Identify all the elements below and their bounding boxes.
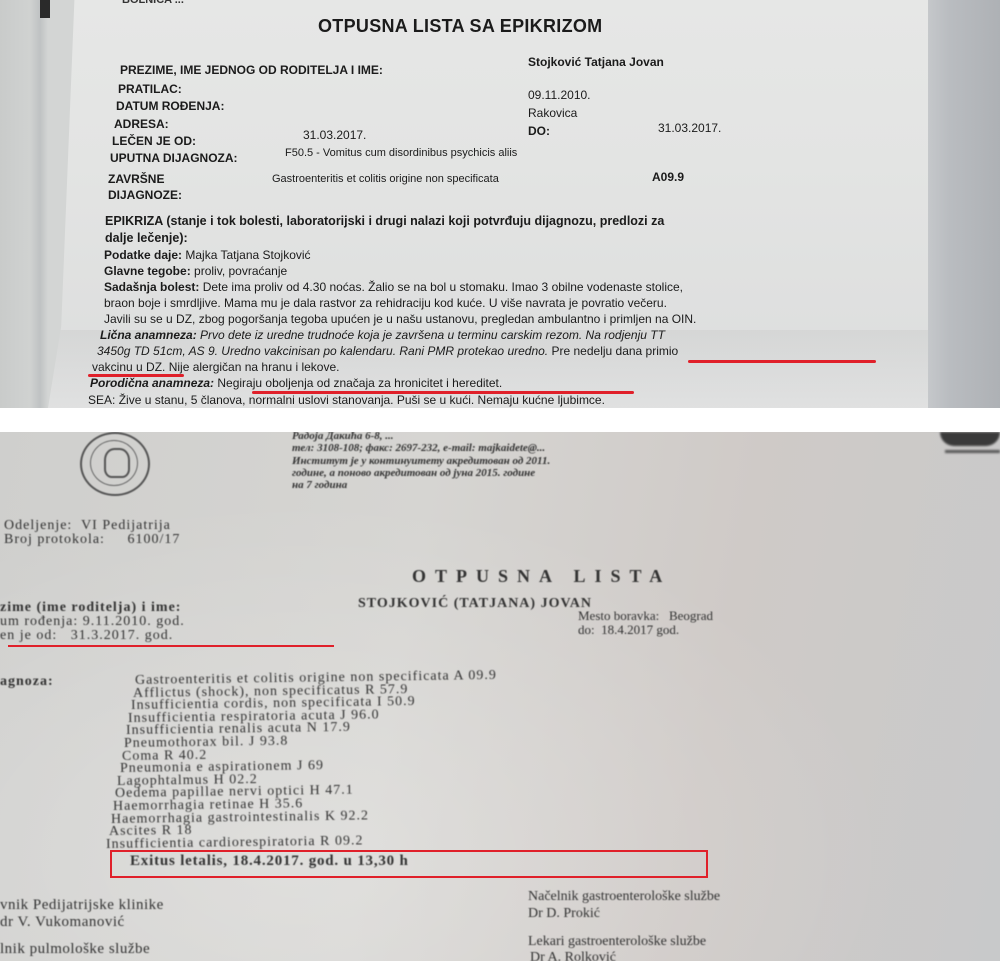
signature-right-2: Dr D. Prokić [528, 906, 600, 922]
institute-header-line-1: Радоја Дакића 6-8, ... [292, 432, 394, 442]
outcome-text: Exitus letalis, 18.4.2017. god. u 13,30 … [130, 853, 409, 870]
secondary-logo-icon [940, 432, 1000, 446]
final-diagnoses-code: A09.9 [652, 170, 684, 184]
personal-history-highlight-1: Pre nedelju dana primio [551, 344, 678, 358]
personal-history-highlight-2: vakcinu u DZ. [92, 360, 165, 374]
personal-history-line-3: vakcinu u DZ. Nije alergičan na hranu i … [92, 360, 339, 374]
institute-logo-icon [80, 432, 150, 496]
main-complaints-value: proliv, povraćanje [194, 264, 287, 278]
final-diagnoses-label-2: DIJAGNOZE: [108, 188, 182, 202]
sea-value: Žive u stanu, 5 članova, normalni uslovi… [119, 393, 605, 407]
companion-label: PRATILAC: [118, 82, 182, 96]
referral-diagnosis-value: F50.5 - Vomitus cum disordinibus psychic… [285, 147, 517, 159]
treated-from-line: en je od: 31.3.2017. god. [0, 628, 173, 644]
institute-header-line-3: Институт је у континуитету акредитован о… [292, 455, 550, 467]
treated-to-value: 18.4.2017 god. [601, 622, 679, 637]
institute-header-line-2: тел: 3108-108; факс: 2697-232, e-mail: m… [292, 442, 545, 454]
signature-right-3: Lekari gastroenterološke službe [528, 934, 706, 950]
signature-left-2: dr V. Vukomanović [0, 914, 125, 931]
hospital-header-cut: BOLNICA ... [122, 0, 184, 6]
treated-to-line: do: 18.4.2017 god. [578, 622, 679, 638]
institute-header-line-4: године, а поново акредитован од јуна 201… [292, 467, 535, 479]
family-history-value: Negiraju oboljenja od značaja za hronici… [217, 376, 502, 390]
red-underline-vaccine-1 [688, 360, 876, 363]
birth-date-label: DATUM ROĐENJA: [116, 99, 224, 113]
signature-left-3: lnik pulmološke službe [0, 941, 150, 958]
treated-to-label: DO: [528, 124, 550, 138]
current-illness-line-1: Sadašnja bolest: Dete ima proliv od 4.30… [104, 280, 683, 294]
address-value: Rakovica [528, 106, 577, 120]
informant-label: Podatke daje: [104, 248, 182, 262]
main-complaints-label: Glavne tegobe: [104, 264, 191, 278]
personal-history-text-2: 3450g TD 51cm, AS 9. Uredno vakcinisan p… [97, 344, 548, 358]
epicrisis-heading-1: EPIKRIZA (stanje i tok bolesti, laborato… [105, 214, 664, 228]
informant-value: Majka Tatjana Stojković [185, 248, 310, 262]
institute-header-line-5: на 7 година [292, 479, 347, 491]
red-underline-admission-date [8, 645, 334, 647]
epicrisis-heading-2: dalje lečenje): [105, 231, 188, 245]
current-illness-text-1: Dete ima proliv od 4.30 noćas. Žalio se … [203, 280, 683, 294]
final-diagnoses-label-1: ZAVRŠNE [108, 172, 164, 186]
birth-date-value: 09.11.2010. [528, 88, 591, 102]
current-illness-label: Sadašnja bolest: [104, 280, 199, 294]
signature-right-1: Načelnik gastroenterološke službe [528, 889, 720, 905]
treated-from-value: 31.3.2017. god. [71, 628, 174, 643]
personal-history-label: Lična anamneza: [100, 328, 197, 342]
document-title: OTPUSNA LISTA SA EPIKRIZOM [318, 16, 602, 37]
family-history-line: Porodična anamneza: Negiraju oboljenja o… [90, 376, 502, 390]
treated-from-label: LEČEN JE OD: [112, 134, 196, 148]
personal-history-text-1: Prvo dete iz uredne trudnoće koja je zav… [200, 328, 665, 342]
treated-from-value: 31.03.2017. [303, 128, 366, 142]
final-diagnoses-value: Gastroenteritis et colitis origine non s… [272, 173, 499, 185]
birth-value: 9.11.2010. god. [83, 614, 185, 629]
patient-name-value: Stojković Tatjana Jovan [528, 55, 664, 69]
bottom-document-photo: Радоја Дакића 6-8, ... тел: 3108-108; фа… [0, 432, 1000, 961]
department-label: Odeljenje: [4, 518, 72, 533]
treated-to-label: do: [578, 622, 595, 637]
patient-name-label: PREZIME, IME JEDNOG OD RODITELJA I IME: [120, 63, 383, 77]
signature-left-1: vnik Pedijatrijske klinike [0, 897, 164, 914]
personal-history-line-2: 3450g TD 51cm, AS 9. Uredno vakcinisan p… [97, 344, 678, 358]
binder-edge [40, 0, 50, 18]
bottom-document-title: OTPUSNA LISTA [412, 566, 671, 587]
sea-line: SEA: Žive u stanu, 5 članova, normalni u… [88, 393, 605, 407]
protocol-label: Broj protokola: [4, 532, 105, 547]
main-complaints-line: Glavne tegobe: proliv, povraćanje [104, 264, 287, 278]
patient-value: STOJKOVIĆ (TATJANA) JOVAN [358, 596, 592, 612]
family-history-label: Porodična anamneza: [90, 376, 214, 390]
referral-diagnosis-label: UPUTNA DIJAGNOZA: [110, 151, 238, 165]
signature-right-4: Dr A. Rolković [530, 950, 616, 961]
personal-history-text-3: Nije alergičan na hranu i lekove. [169, 360, 340, 374]
secondary-logo-caption [945, 450, 1000, 453]
department-value: VI Pedijatrija [81, 518, 171, 533]
residence-value: Beograd [669, 608, 713, 623]
treated-to-value: 31.03.2017. [658, 121, 721, 135]
informant-line: Podatke daje: Majka Tatjana Stojković [104, 248, 311, 262]
address-label: ADRESA: [114, 117, 169, 131]
treated-from-label-cut: en je od: [0, 628, 57, 643]
sea-label: SEA: [88, 393, 115, 407]
photo-separator [0, 408, 1000, 432]
residence-label: Mesto boravka: [578, 608, 659, 623]
top-document-photo: BOLNICA ... OTPUSNA LISTA SA EPIKRIZOM P… [0, 0, 1000, 408]
birth-label-cut: um rođenja: [0, 614, 78, 629]
current-illness-line-2: braon boje i smrdljive. Mama mu je dala … [104, 296, 667, 310]
current-illness-line-3: Javili su se u DZ, zbog pogoršanja tegob… [104, 312, 696, 326]
personal-history-line-1: Lična anamneza: Prvo dete iz uredne trud… [100, 328, 665, 342]
protocol-value: 6100/17 [127, 532, 180, 547]
diagnosis-label-cut: agnoza: [0, 674, 54, 690]
protocol-line: Broj protokola: 6100/17 [4, 532, 180, 548]
